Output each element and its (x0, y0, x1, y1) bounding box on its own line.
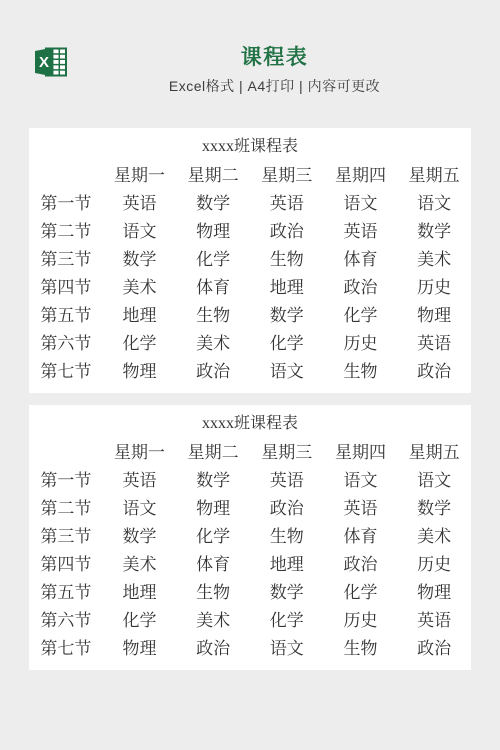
period-label: 第三节 (29, 243, 103, 271)
subject-cell: 语文 (397, 464, 471, 492)
schedule-table-title: xxxx班课程表 (29, 135, 471, 159)
schedule-header-row: 星期一星期二星期三星期四星期五 (29, 436, 471, 464)
subject-cell: 语文 (103, 492, 177, 520)
subject-cell: 物理 (103, 632, 177, 660)
subject-cell: 化学 (176, 243, 250, 271)
subject-cell: 语文 (250, 632, 324, 660)
day-header: 星期三 (250, 436, 324, 464)
subject-cell: 数学 (176, 187, 250, 215)
subject-cell: 语文 (397, 187, 471, 215)
subject-cell: 数学 (250, 299, 324, 327)
subject-cell: 数学 (103, 520, 177, 548)
subject-cell: 英语 (324, 215, 398, 243)
subject-cell: 语文 (324, 464, 398, 492)
day-header: 星期一 (103, 159, 177, 187)
schedule-row: 第五节地理生物数学化学物理 (29, 299, 471, 327)
subject-cell: 英语 (397, 604, 471, 632)
subject-cell: 生物 (324, 355, 398, 383)
schedule-card-2: xxxx班课程表 星期一星期二星期三星期四星期五第一节英语数学英语语文语文第二节… (29, 405, 471, 670)
subject-cell: 美术 (103, 548, 177, 576)
subject-cell: 政治 (397, 632, 471, 660)
subject-cell: 政治 (397, 355, 471, 383)
subject-cell: 英语 (250, 464, 324, 492)
schedule-row: 第五节地理生物数学化学物理 (29, 576, 471, 604)
period-label: 第七节 (29, 355, 103, 383)
subject-cell: 生物 (324, 632, 398, 660)
day-header: 星期三 (250, 159, 324, 187)
subject-cell: 英语 (250, 187, 324, 215)
subject-cell: 政治 (324, 271, 398, 299)
schedule-row: 第六节化学美术化学历史英语 (29, 604, 471, 632)
subject-cell: 数学 (103, 243, 177, 271)
header-text-block: 课程表 Excel格式 | A4打印 | 内容可更改 (69, 44, 480, 95)
schedule-row: 第三节数学化学生物体育美术 (29, 520, 471, 548)
subject-cell: 政治 (176, 355, 250, 383)
subject-cell: 数学 (250, 576, 324, 604)
subject-cell: 历史 (397, 548, 471, 576)
schedule-row: 第二节语文物理政治英语数学 (29, 215, 471, 243)
excel-icon: X (33, 44, 69, 80)
subject-cell: 地理 (250, 271, 324, 299)
subject-cell: 政治 (324, 548, 398, 576)
page-header: X 课程表 Excel格式 | A4打印 | 内容可更改 (0, 0, 500, 95)
schedule-table: 星期一星期二星期三星期四星期五第一节英语数学英语语文语文第二节语文物理政治英语数… (29, 159, 471, 383)
period-label: 第六节 (29, 604, 103, 632)
subject-cell: 化学 (176, 520, 250, 548)
subject-cell: 体育 (176, 271, 250, 299)
subject-cell: 历史 (324, 327, 398, 355)
subject-cell: 化学 (250, 604, 324, 632)
schedule-header-row: 星期一星期二星期三星期四星期五 (29, 159, 471, 187)
subject-cell: 美术 (176, 604, 250, 632)
subject-cell: 美术 (397, 520, 471, 548)
period-label: 第七节 (29, 632, 103, 660)
subject-cell: 生物 (250, 243, 324, 271)
schedule-row: 第二节语文物理政治英语数学 (29, 492, 471, 520)
period-label: 第五节 (29, 299, 103, 327)
schedule-row: 第四节美术体育地理政治历史 (29, 271, 471, 299)
corner-cell (29, 159, 103, 187)
period-label: 第二节 (29, 492, 103, 520)
schedule-row: 第一节英语数学英语语文语文 (29, 464, 471, 492)
subject-cell: 美术 (176, 327, 250, 355)
day-header: 星期五 (397, 436, 471, 464)
subject-cell: 体育 (324, 520, 398, 548)
subject-cell: 化学 (250, 327, 324, 355)
day-header: 星期五 (397, 159, 471, 187)
schedule-table: 星期一星期二星期三星期四星期五第一节英语数学英语语文语文第二节语文物理政治英语数… (29, 436, 471, 660)
day-header: 星期二 (176, 436, 250, 464)
period-label: 第三节 (29, 520, 103, 548)
day-header: 星期一 (103, 436, 177, 464)
day-header: 星期二 (176, 159, 250, 187)
subject-cell: 历史 (397, 271, 471, 299)
subject-cell: 美术 (103, 271, 177, 299)
subject-cell: 物理 (397, 576, 471, 604)
subject-cell: 语文 (250, 355, 324, 383)
period-label: 第二节 (29, 215, 103, 243)
subject-cell: 英语 (397, 327, 471, 355)
subject-cell: 政治 (250, 492, 324, 520)
period-label: 第四节 (29, 548, 103, 576)
schedule-row: 第七节物理政治语文生物政治 (29, 355, 471, 383)
subject-cell: 语文 (324, 187, 398, 215)
page-subtitle: Excel格式 | A4打印 | 内容可更改 (69, 77, 480, 95)
subject-cell: 化学 (324, 299, 398, 327)
subject-cell: 数学 (397, 215, 471, 243)
corner-cell (29, 436, 103, 464)
subject-cell: 英语 (103, 187, 177, 215)
subject-cell: 英语 (103, 464, 177, 492)
period-label: 第六节 (29, 327, 103, 355)
subject-cell: 语文 (103, 215, 177, 243)
subject-cell: 物理 (176, 215, 250, 243)
subject-cell: 数学 (176, 464, 250, 492)
subject-cell: 化学 (103, 604, 177, 632)
subject-cell: 地理 (103, 576, 177, 604)
subject-cell: 政治 (176, 632, 250, 660)
subject-cell: 体育 (324, 243, 398, 271)
period-label: 第五节 (29, 576, 103, 604)
subject-cell: 物理 (397, 299, 471, 327)
subject-cell: 数学 (397, 492, 471, 520)
schedule-table-title: xxxx班课程表 (29, 412, 471, 436)
subject-cell: 地理 (250, 548, 324, 576)
day-header: 星期四 (324, 436, 398, 464)
subject-cell: 物理 (103, 355, 177, 383)
day-header: 星期四 (324, 159, 398, 187)
schedule-row: 第一节英语数学英语语文语文 (29, 187, 471, 215)
page-title: 课程表 (69, 46, 480, 70)
schedule-row: 第七节物理政治语文生物政治 (29, 632, 471, 660)
subject-cell: 物理 (176, 492, 250, 520)
subject-cell: 体育 (176, 548, 250, 576)
schedule-row: 第六节化学美术化学历史英语 (29, 327, 471, 355)
period-label: 第四节 (29, 271, 103, 299)
subject-cell: 生物 (176, 299, 250, 327)
schedule-card-1: xxxx班课程表 星期一星期二星期三星期四星期五第一节英语数学英语语文语文第二节… (29, 128, 471, 393)
subject-cell: 化学 (324, 576, 398, 604)
subject-cell: 地理 (103, 299, 177, 327)
subject-cell: 英语 (324, 492, 398, 520)
period-label: 第一节 (29, 464, 103, 492)
subject-cell: 政治 (250, 215, 324, 243)
subject-cell: 化学 (103, 327, 177, 355)
svg-text:X: X (39, 54, 49, 71)
subject-cell: 美术 (397, 243, 471, 271)
period-label: 第一节 (29, 187, 103, 215)
subject-cell: 生物 (250, 520, 324, 548)
schedule-row: 第三节数学化学生物体育美术 (29, 243, 471, 271)
schedule-row: 第四节美术体育地理政治历史 (29, 548, 471, 576)
subject-cell: 生物 (176, 576, 250, 604)
subject-cell: 历史 (324, 604, 398, 632)
